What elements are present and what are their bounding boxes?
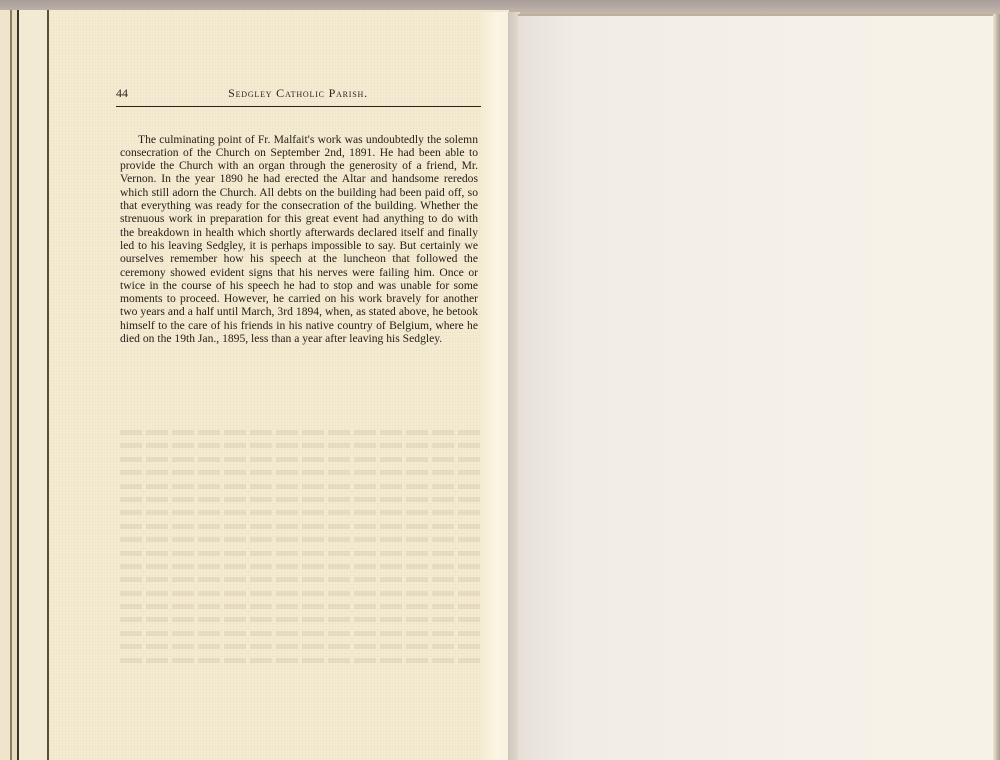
page-edge — [19, 10, 49, 760]
right-page-edge — [993, 14, 1000, 760]
page-edge — [0, 10, 12, 760]
running-header: 44 Sedgley Catholic Parish. — [116, 86, 480, 106]
running-title: Sedgley Catholic Parish. — [116, 86, 480, 101]
body-paragraph: The culminating point of Fr. Malfait's w… — [120, 133, 478, 346]
header-rule — [116, 106, 481, 107]
gutter — [480, 12, 510, 760]
page-edge — [12, 10, 19, 760]
show-through-text — [120, 430, 480, 671]
right-page — [518, 14, 993, 760]
